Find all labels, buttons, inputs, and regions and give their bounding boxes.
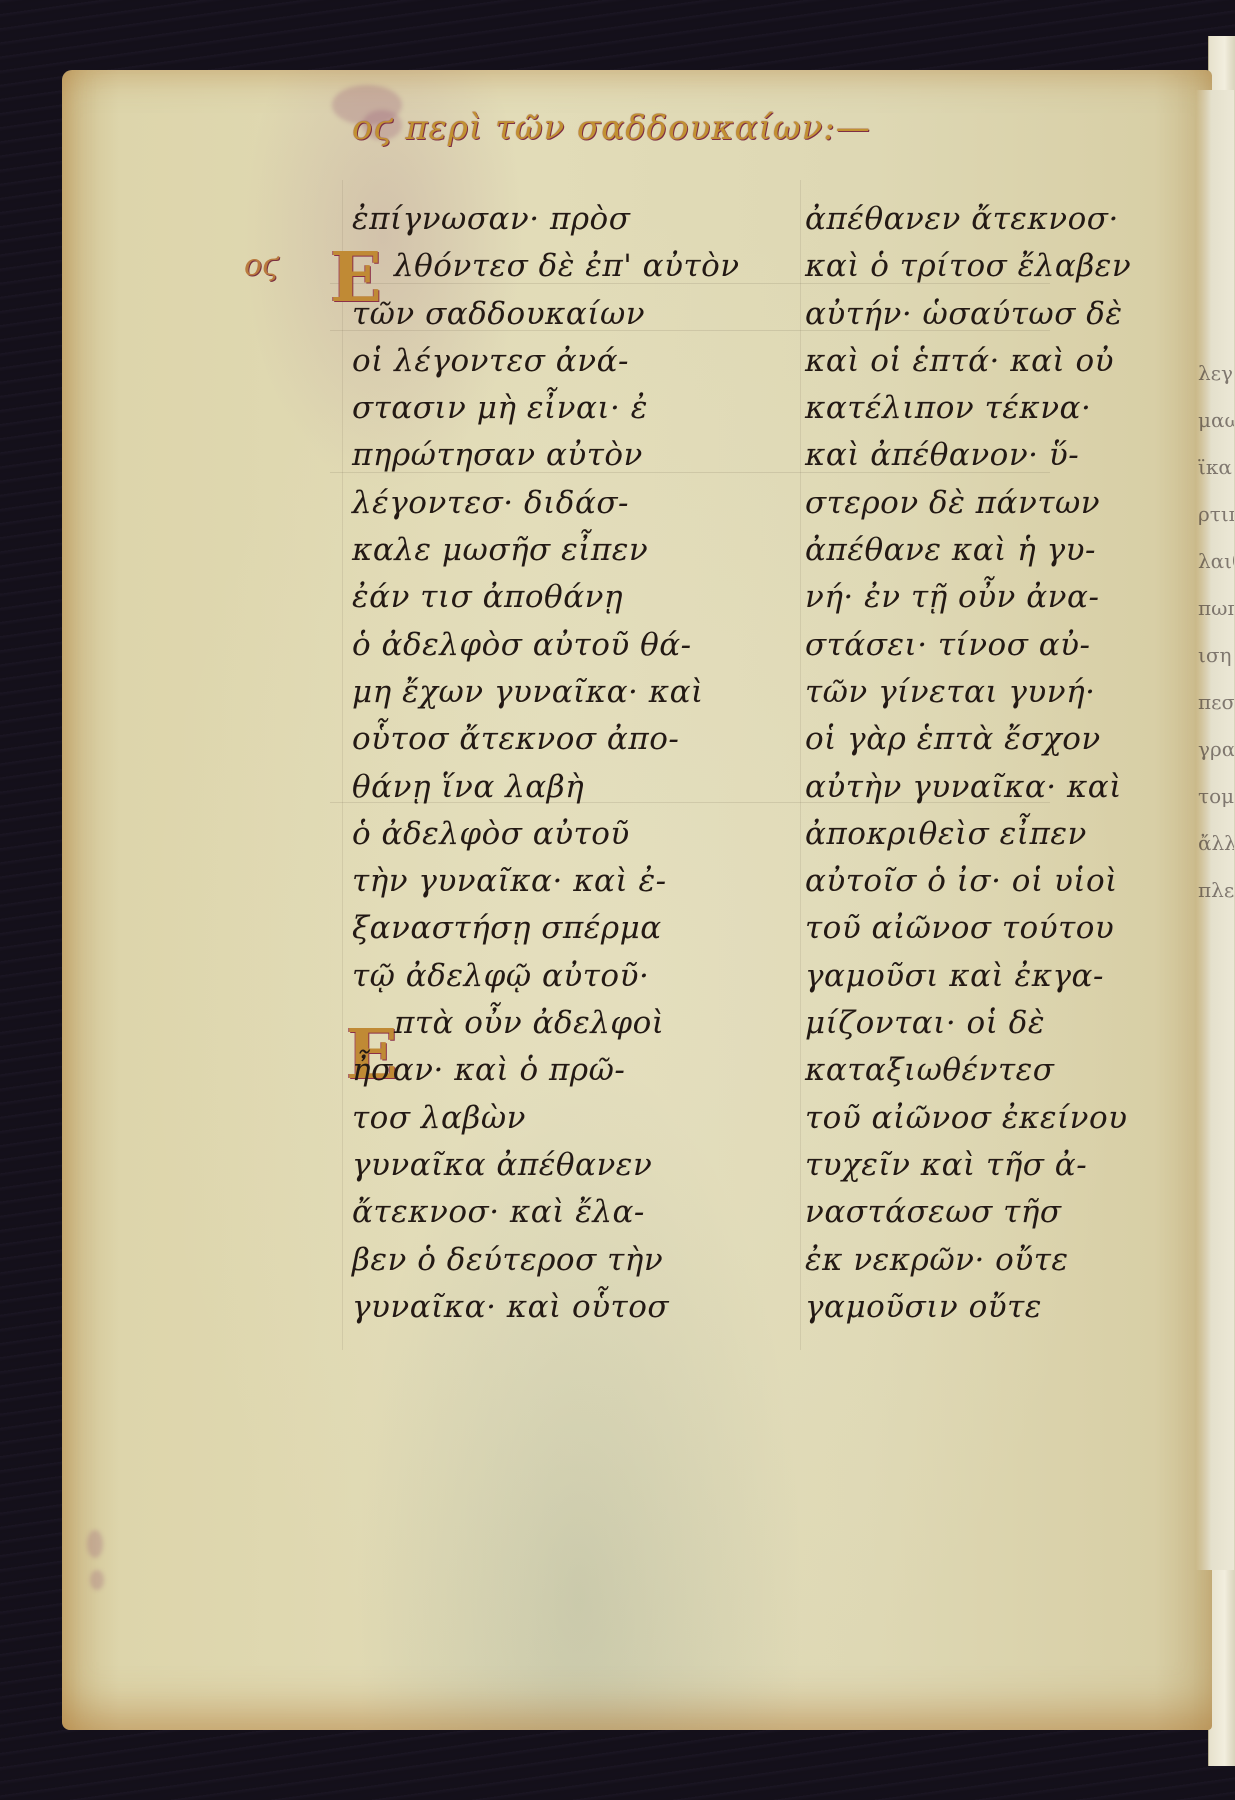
bleed-line: τομ: [1198, 773, 1234, 820]
margin-section-number: οϛ: [244, 248, 279, 283]
text-line: ἀποκριθεὶσ εἶπεν: [805, 811, 1165, 858]
text-line: τῶν γίνεται γυνή·: [805, 669, 1165, 716]
text-column-right: ἀπέθανεν ἄτεκνοσ· καὶ ὁ τρίτοσ ἔλαβεν αὐ…: [805, 196, 1165, 1331]
text-line: τῷ ἀδελφῷ αὐτοῦ·: [352, 953, 712, 1000]
text-line: ἐπίγνωσαν· πρὸσ: [352, 196, 712, 243]
text-line: μη ἔχων γυναῖκα· καὶ: [352, 669, 712, 716]
text-line: οἱ λέγοντεσ ἀνά-: [352, 338, 712, 385]
text-line: τοσ λαβὼν: [352, 1095, 712, 1142]
text-line: καλε μωσῆσ εἶπεν: [352, 527, 712, 574]
text-line: στερον δὲ πάντων: [805, 480, 1165, 527]
text-line: οἱ γὰρ ἑπτὰ ἔσχον: [805, 716, 1165, 763]
text-column-left: ἐπίγνωσαν· πρὸσ λθόντεσ δὲ ἐπ' αὐτὸν τῶν…: [352, 196, 712, 1331]
bleed-line: πεσδ: [1198, 679, 1234, 726]
bleed-line: ρτιπε: [1198, 491, 1234, 538]
bleed-line: λεγει: [1198, 350, 1234, 397]
text-line: στασιν μὴ εἶναι· ἐ: [352, 385, 712, 432]
bleed-line: ιση: [1198, 632, 1234, 679]
text-line: ξαναστήσῃ σπέρμα: [352, 905, 712, 952]
text-line: αὐτήν· ὡσαύτωσ δὲ: [805, 291, 1165, 338]
text-line: τυχεῖν καὶ τῆσ ἀ-: [805, 1142, 1165, 1189]
text-line: βεν ὁ δεύτεροσ τὴν: [352, 1237, 712, 1284]
bleed-line: ϊκα: [1198, 444, 1234, 491]
text-line: αὐτοῖσ ὁ ἰσ· οἱ υἱοὶ: [805, 858, 1165, 905]
text-line: κατέλιπον τέκνα·: [805, 385, 1165, 432]
bleed-line: γραμ: [1198, 726, 1234, 773]
text-line: γαμοῦσιν οὔτε: [805, 1284, 1165, 1331]
text-line: γαμοῦσι καὶ ἐκγα-: [805, 953, 1165, 1000]
bleed-through-text: λεγειμαωσϊκαρτιπελαιθπωπεσισηπεσδγραμτομ…: [1196, 90, 1234, 914]
text-line: γυναῖκα ἀπέθανεν: [352, 1142, 712, 1189]
bleed-line: ἄλλοσ: [1198, 820, 1234, 867]
text-line: ἐάν τισ ἀποθάνῃ: [352, 574, 712, 621]
text-line: τὴν γυναῖκα· καὶ ἐ-: [352, 858, 712, 905]
text-line: ὁ ἀδελφὸσ αὐτοῦ θά-: [352, 622, 712, 669]
text-line: τοῦ αἰῶνοσ τούτου: [805, 905, 1165, 952]
text-line: καταξιωθέντεσ: [805, 1047, 1165, 1094]
bleed-line: λαιθ: [1198, 538, 1234, 585]
bleed-line: πωπεσ: [1198, 585, 1234, 632]
text-line: νή· ἐν τῇ οὖν ἀνα-: [805, 574, 1165, 621]
text-line: ἐκ νεκρῶν· οὔτε: [805, 1237, 1165, 1284]
text-line: ὁ ἀδελφὸσ αὐτοῦ: [352, 811, 712, 858]
purple-stain: [90, 1570, 104, 1590]
text-line: ἦσαν· καὶ ὁ πρῶ-: [352, 1047, 712, 1094]
bleed-line: μαωσ: [1198, 397, 1234, 444]
text-line: ναστάσεωσ τῆσ: [805, 1189, 1165, 1236]
text-line: λέγοντεσ· διδάσ-: [352, 480, 712, 527]
text-line: ἀπέθανε καὶ ἡ γυ-: [805, 527, 1165, 574]
text-line: οὗτοσ ἄτεκνοσ ἀπο-: [352, 716, 712, 763]
text-line: πτὰ οὖν ἀδελφοὶ: [352, 1000, 712, 1047]
text-line: τοῦ αἰῶνοσ ἐκείνου: [805, 1095, 1165, 1142]
vertical-ruling: [342, 180, 343, 1350]
text-line: στάσει· τίνοσ αὐ-: [805, 622, 1165, 669]
text-line: ἀπέθανεν ἄτεκνοσ·: [805, 196, 1165, 243]
text-line: μίζονται· οἱ δὲ: [805, 1000, 1165, 1047]
text-line: αὐτὴν γυναῖκα· καὶ: [805, 764, 1165, 811]
text-line: καὶ ὁ τρίτοσ ἔλαβεν: [805, 243, 1165, 290]
text-line: λθόντεσ δὲ ἐπ' αὐτὸν: [352, 243, 712, 290]
text-line: τῶν σαδδουκαίων: [352, 291, 712, 338]
bleed-line: πλε: [1198, 867, 1234, 914]
text-line: πηρώτησαν αὐτὸν: [352, 432, 712, 479]
text-line: καὶ ἀπέθανον· ὕ-: [805, 432, 1165, 479]
purple-stain: [87, 1530, 103, 1558]
vertical-ruling: [800, 180, 801, 1350]
text-line: ἄτεκνοσ· καὶ ἔλα-: [352, 1189, 712, 1236]
text-line: θάνῃ ἵνα λαβὴ: [352, 764, 712, 811]
text-line: γυναῖκα· καὶ οὗτοσ: [352, 1284, 712, 1331]
text-line: καὶ οἱ ἑπτά· καὶ οὐ: [805, 338, 1165, 385]
rubric-heading: οϛ περὶ τῶν σαδδουκαίων:—: [352, 108, 871, 148]
adjacent-leaf-text: λεγειμαωσϊκαρτιπελαιθπωπεσισηπεσδγραμτομ…: [1196, 90, 1234, 1570]
